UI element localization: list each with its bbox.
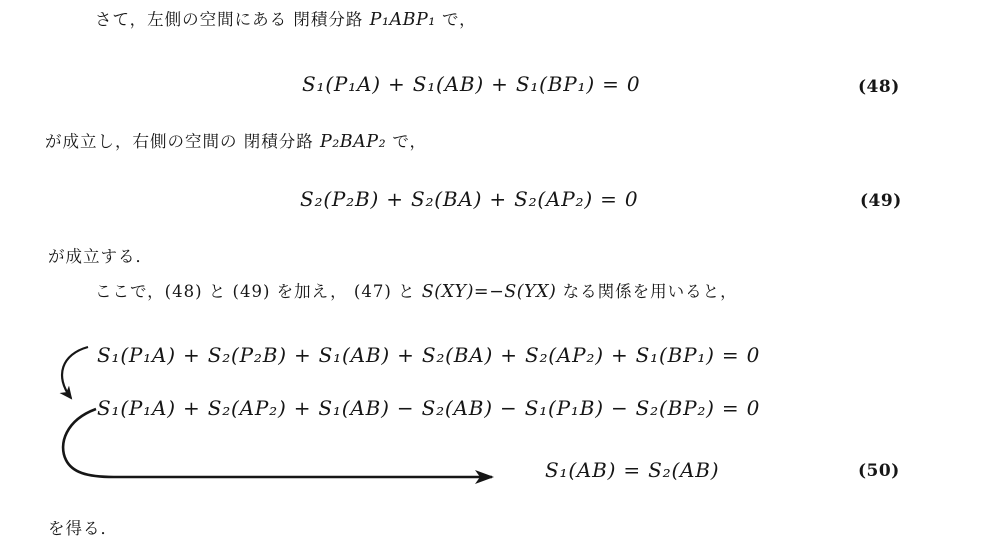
equation-49-number: (49) (860, 191, 902, 211)
text-segment: で， (386, 132, 427, 151)
paragraph-after-48: が成立し，右側の空間の 閉積分路 P₂BAP₂ で， (45, 131, 427, 154)
text-segment: で， (436, 10, 477, 29)
text-segment: さて，左側の空間にある 閉積分路 (95, 10, 370, 29)
paragraph-intro: さて，左側の空間にある 閉積分路 P₁ABP₁ で， (95, 9, 477, 32)
paragraph-outro: を得る． (48, 518, 118, 539)
text-segment: なる関係を用いると， (556, 282, 737, 301)
paragraph-after-49: が成立する． (48, 246, 153, 267)
equation-48-number: (48) (858, 77, 900, 97)
math-segment: P₁ABP₁ (370, 10, 436, 30)
text-segment: ここで，(48) と (49) を加え， (47) と (95, 282, 422, 301)
arrow-sum-to-line2-icon (62, 347, 88, 398)
equation-48-body: S₁(P₁A) + S₁(AB) + S₁(BP₁) = 0 (302, 72, 640, 96)
equation-49-body: S₂(P₂B) + S₂(BA) + S₂(AP₂) = 0 (300, 187, 638, 211)
equation-50-body: S₁(AB) = S₂(AB) (545, 458, 719, 482)
equation-50-number: (50) (858, 461, 900, 481)
derivation-sum-line-2: S₁(P₁A) + S₂(AP₂) + S₁(AB) − S₂(AB) − S₁… (97, 396, 760, 420)
textbook-page: さて，左側の空間にある 閉積分路 P₁ABP₁ で， S₁(P₁A) + S₁(… (0, 0, 989, 551)
text-segment: が成立する． (48, 247, 153, 266)
math-segment: S(XY)=−S(YX) (422, 282, 557, 302)
text-segment: を得る． (48, 519, 118, 538)
paragraph-kokode: ここで，(48) と (49) を加え， (47) と S(XY)=−S(YX)… (95, 281, 738, 304)
math-segment: P₂BAP₂ (320, 132, 386, 152)
derivation-sum-line-1: S₁(P₁A) + S₂(P₂B) + S₁(AB) + S₂(BA) + S₂… (97, 343, 760, 367)
text-segment: が成立し，右側の空間の 閉積分路 (45, 132, 320, 151)
